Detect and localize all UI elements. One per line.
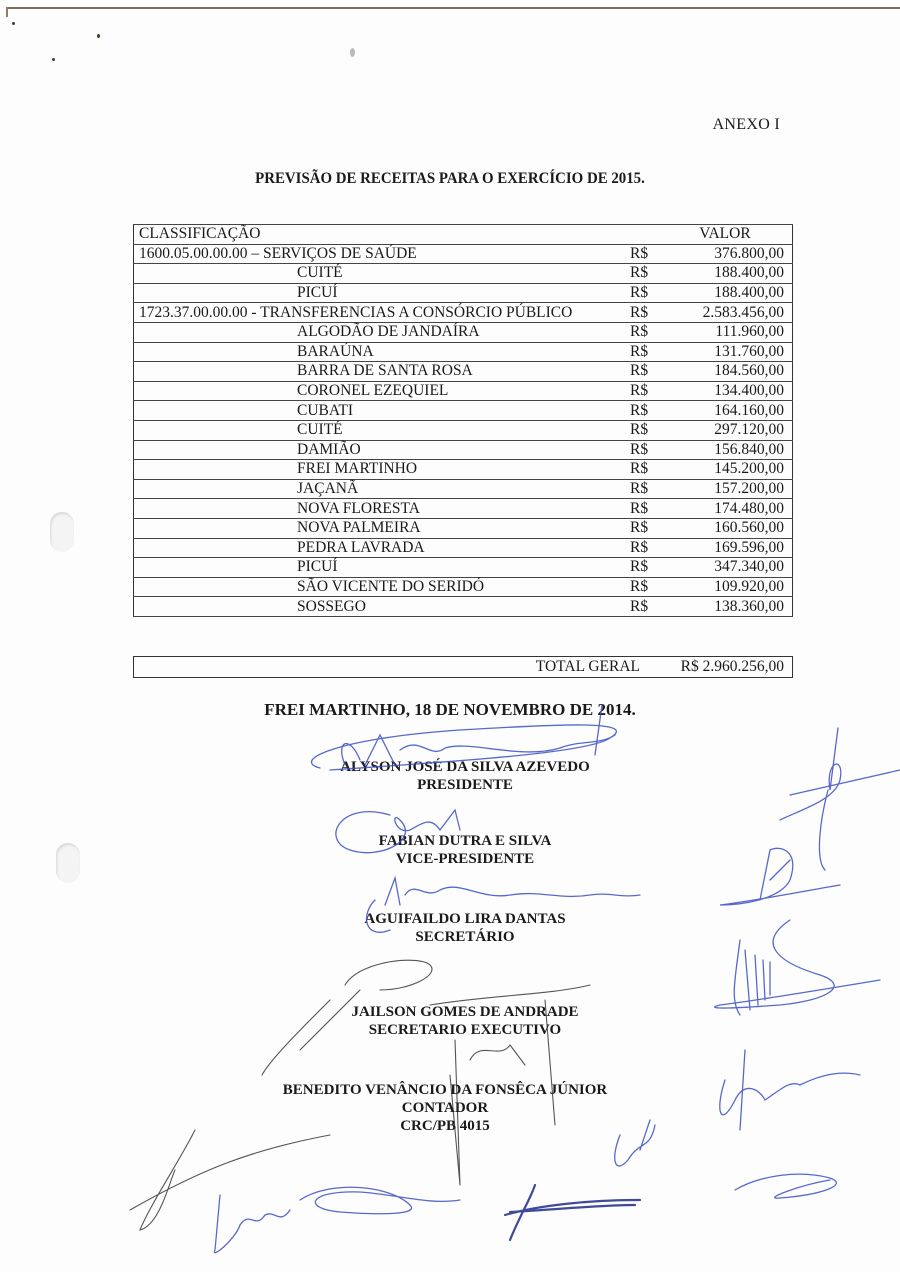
row-value: 376.800,00 bbox=[670, 244, 793, 264]
row-currency: R$ bbox=[630, 322, 670, 342]
page-edge bbox=[6, 7, 8, 17]
row-currency: R$ bbox=[630, 460, 670, 480]
row-value: 347.340,00 bbox=[670, 558, 793, 578]
row-currency: R$ bbox=[630, 518, 670, 538]
row-label: PICUÍ bbox=[134, 283, 631, 303]
row-currency: R$ bbox=[630, 538, 670, 558]
row-currency: R$ bbox=[630, 342, 670, 362]
row-value: 174.480,00 bbox=[670, 499, 793, 519]
table-row: BARAÚNAR$131.760,00 bbox=[134, 342, 793, 362]
row-currency: R$ bbox=[630, 479, 670, 499]
signatory-name: FABIAN DUTRA E SILVA bbox=[0, 832, 900, 850]
header-value: VALOR bbox=[670, 225, 793, 245]
signatory-secretary: AGUIFAILDO LIRA DANTAS SECRETÁRIO bbox=[0, 910, 900, 946]
signatory-role: PRESIDENTE bbox=[0, 776, 900, 794]
total-label: TOTAL GERAL bbox=[536, 657, 640, 677]
signatory-role: SECRETARIO EXECUTIVO bbox=[0, 1021, 900, 1039]
row-label: CORONEL EZEQUIEL bbox=[134, 381, 631, 401]
table-row: SOSSEGOR$138.360,00 bbox=[134, 597, 793, 617]
signatory-president: ALYSON JOSÉ DA SILVA AZEVEDO PRESIDENTE bbox=[0, 758, 900, 794]
signatory-role: CONTADOR bbox=[0, 1099, 900, 1117]
row-currency: R$ bbox=[630, 264, 670, 284]
row-value: 188.400,00 bbox=[670, 283, 793, 303]
row-label: CUITÉ bbox=[134, 264, 631, 284]
row-currency: R$ bbox=[630, 597, 670, 617]
table-row: CUBATIR$164.160,00 bbox=[134, 401, 793, 421]
signatory-executive-secretary: JAILSON GOMES DE ANDRADE SECRETARIO EXEC… bbox=[0, 1003, 900, 1039]
row-currency: R$ bbox=[630, 558, 670, 578]
table-row: FREI MARTINHOR$145.200,00 bbox=[134, 460, 793, 480]
table-row: JAÇANÃR$157.200,00 bbox=[134, 479, 793, 499]
signatory-accountant: BENEDITO VENÂNCIO DA FONSÊCA JÚNIOR CONT… bbox=[0, 1081, 900, 1135]
scan-speck bbox=[350, 48, 355, 57]
total-value: R$ 2.960.256,00 bbox=[681, 657, 784, 677]
row-currency: R$ bbox=[630, 440, 670, 460]
signatory-role: SECRETÁRIO bbox=[0, 928, 900, 946]
signatory-name: BENEDITO VENÂNCIO DA FONSÊCA JÚNIOR bbox=[0, 1081, 900, 1099]
revenue-table: CLASSIFICAÇÃO VALOR 1600.05.00.00.00 – S… bbox=[133, 224, 793, 617]
table-row: PICUÍR$347.340,00 bbox=[134, 558, 793, 578]
table-header-row: CLASSIFICAÇÃO VALOR bbox=[134, 225, 793, 245]
scan-speck bbox=[12, 22, 15, 25]
row-value: 297.120,00 bbox=[670, 420, 793, 440]
table-row: CUITÉR$297.120,00 bbox=[134, 420, 793, 440]
document-title: PREVISÃO DE RECEITAS PARA O EXERCÍCIO DE… bbox=[32, 170, 869, 188]
place-date: FREI MARTINHO, 18 DE NOVEMBRO DE 2014. bbox=[0, 700, 900, 720]
table-row: 1723.37.00.00.00 - TRANSFERENCIAS A CONS… bbox=[134, 303, 793, 323]
table-row: 1600.05.00.00.00 – SERVIÇOS DE SAÚDER$37… bbox=[134, 244, 793, 264]
table-row: DAMIÃOR$156.840,00 bbox=[134, 440, 793, 460]
row-value: 131.760,00 bbox=[670, 342, 793, 362]
row-value: 134.400,00 bbox=[670, 381, 793, 401]
row-label: JAÇANÃ bbox=[134, 479, 631, 499]
row-currency: R$ bbox=[630, 420, 670, 440]
row-label: CUITÉ bbox=[134, 420, 631, 440]
signatory-role: VICE-PRESIDENTE bbox=[0, 850, 900, 868]
row-currency: R$ bbox=[630, 499, 670, 519]
row-label: NOVA FLORESTA bbox=[134, 499, 631, 519]
row-label: 1600.05.00.00.00 – SERVIÇOS DE SAÚDE bbox=[134, 244, 631, 264]
row-value: 145.200,00 bbox=[670, 460, 793, 480]
row-label: ALGODÃO DE JANDAÍRA bbox=[134, 322, 631, 342]
row-value: 2.583.456,00 bbox=[670, 303, 793, 323]
row-value: 169.596,00 bbox=[670, 538, 793, 558]
row-label: NOVA PALMEIRA bbox=[134, 518, 631, 538]
row-label: CUBATI bbox=[134, 401, 631, 421]
table-row: NOVA FLORESTAR$174.480,00 bbox=[134, 499, 793, 519]
table-row: CUITÉR$188.400,00 bbox=[134, 264, 793, 284]
scan-speck bbox=[52, 58, 55, 61]
signatory-name: AGUIFAILDO LIRA DANTAS bbox=[0, 910, 900, 928]
row-currency: R$ bbox=[630, 244, 670, 264]
row-label: SOSSEGO bbox=[134, 597, 631, 617]
row-label: SÃO VICENTE DO SERIDÓ bbox=[134, 577, 631, 597]
row-currency: R$ bbox=[630, 381, 670, 401]
signatory-registration: CRC/PB 4015 bbox=[0, 1117, 900, 1135]
row-label: BARRA DE SANTA ROSA bbox=[134, 362, 631, 382]
row-currency: R$ bbox=[630, 362, 670, 382]
signatory-name: ALYSON JOSÉ DA SILVA AZEVEDO bbox=[0, 758, 900, 776]
table-row: SÃO VICENTE DO SERIDÓR$109.920,00 bbox=[134, 577, 793, 597]
table-row: PICUÍR$188.400,00 bbox=[134, 283, 793, 303]
annex-label: ANEXO I bbox=[713, 116, 780, 134]
row-value: 138.360,00 bbox=[670, 597, 793, 617]
table-row: PEDRA LAVRADAR$169.596,00 bbox=[134, 538, 793, 558]
table-row: ALGODÃO DE JANDAÍRAR$111.960,00 bbox=[134, 322, 793, 342]
scan-speck bbox=[97, 34, 100, 38]
row-value: 157.200,00 bbox=[670, 479, 793, 499]
table-row: BARRA DE SANTA ROSAR$184.560,00 bbox=[134, 362, 793, 382]
table-row: CORONEL EZEQUIELR$134.400,00 bbox=[134, 381, 793, 401]
row-value: 160.560,00 bbox=[670, 518, 793, 538]
row-value: 164.160,00 bbox=[670, 401, 793, 421]
row-label: PEDRA LAVRADA bbox=[134, 538, 631, 558]
header-classification: CLASSIFICAÇÃO bbox=[134, 225, 631, 245]
row-currency: R$ bbox=[630, 303, 670, 323]
page-edge bbox=[6, 7, 900, 9]
row-label: FREI MARTINHO bbox=[134, 460, 631, 480]
row-value: 111.960,00 bbox=[670, 322, 793, 342]
punch-hole bbox=[50, 512, 74, 552]
row-label: PICUÍ bbox=[134, 558, 631, 578]
row-currency: R$ bbox=[630, 401, 670, 421]
signatory-name: JAILSON GOMES DE ANDRADE bbox=[0, 1003, 900, 1021]
row-label: DAMIÃO bbox=[134, 440, 631, 460]
row-label: 1723.37.00.00.00 - TRANSFERENCIAS A CONS… bbox=[134, 303, 631, 323]
row-value: 156.840,00 bbox=[670, 440, 793, 460]
total-row: TOTAL GERAL R$ 2.960.256,00 bbox=[133, 656, 793, 678]
row-value: 184.560,00 bbox=[670, 362, 793, 382]
row-currency: R$ bbox=[630, 283, 670, 303]
row-currency: R$ bbox=[630, 577, 670, 597]
signatory-vice-president: FABIAN DUTRA E SILVA VICE-PRESIDENTE bbox=[0, 832, 900, 868]
header-currency-spacer bbox=[630, 225, 670, 245]
row-label: BARAÚNA bbox=[134, 342, 631, 362]
row-value: 109.920,00 bbox=[670, 577, 793, 597]
row-value: 188.400,00 bbox=[670, 264, 793, 284]
table-row: NOVA PALMEIRAR$160.560,00 bbox=[134, 518, 793, 538]
